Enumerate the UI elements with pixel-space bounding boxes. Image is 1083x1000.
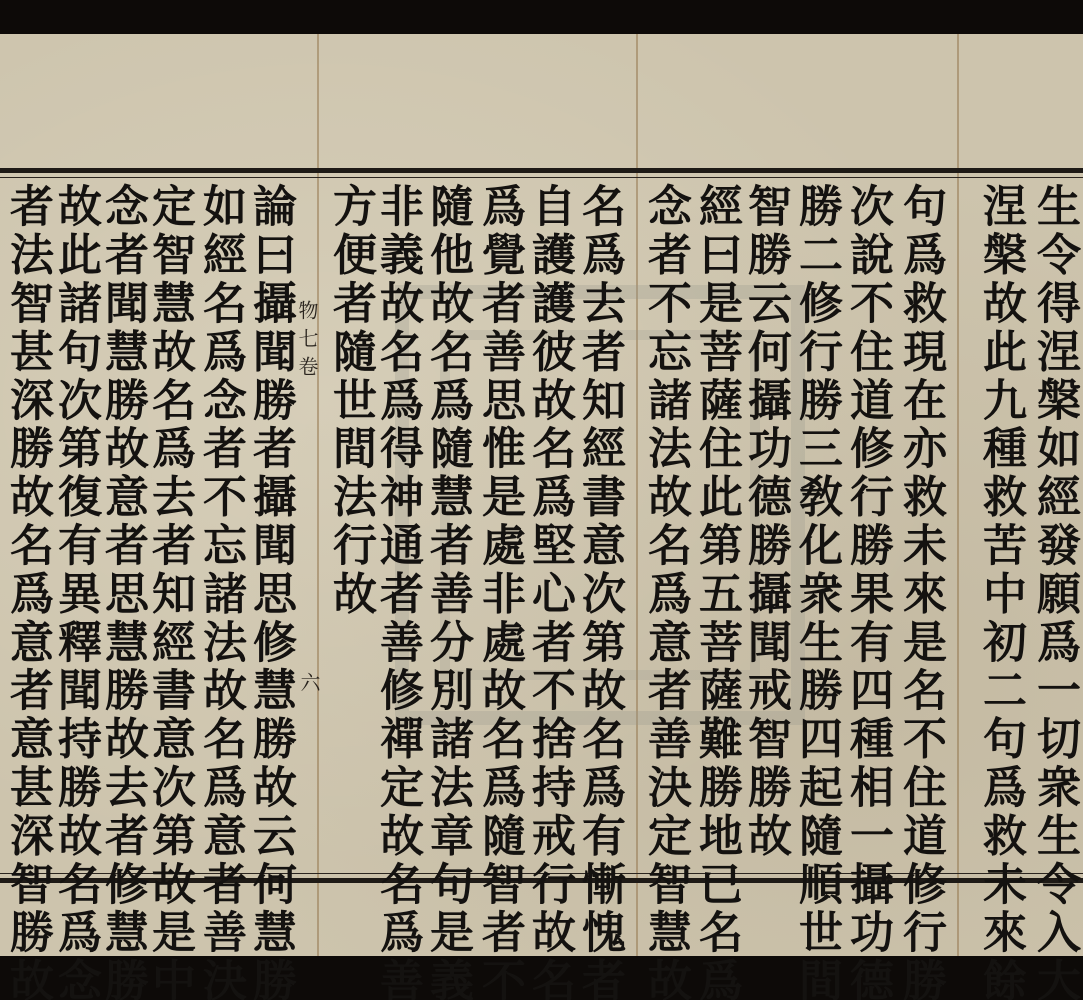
text-column: 如經名爲念者不忘諸法故名爲意者善決: [193, 183, 247, 1000]
text-column: 方便者隨世間法行故: [323, 183, 377, 619]
frame-top-inner-line: [0, 177, 1083, 178]
text-column: 隨他故名爲隨慧者善分別諸法章句是義: [420, 183, 474, 1000]
frame-top-border: [0, 168, 1083, 173]
text-column: 涅槃故此九種救苦中初二句爲救未來餘: [973, 183, 1027, 1000]
text-column: 句爲救現在亦救未來是名不住道修行勝: [893, 183, 947, 1000]
text-column: 故此諸句次第復有異釋聞持勝故名爲念: [48, 183, 102, 1000]
text-column: 經曰是菩薩住此第五菩薩難勝地已名爲: [689, 183, 743, 1000]
text-column: 念者聞慧勝故意者思慧勝故去者修慧勝: [95, 183, 149, 1000]
text-column: 次說不住道修行勝果有四種相一攝功德: [840, 183, 894, 1000]
margin-page-number: 六: [298, 672, 320, 700]
text-column: 非義故名爲得神通者善修禪定故名爲善: [370, 183, 424, 1000]
text-column: 勝二修行勝三敎化衆生勝四起隨順世間: [789, 183, 843, 1000]
text-column: 定智慧故名爲去者知經書意次第故是中: [142, 183, 196, 1000]
text-column: 者法智甚深勝故名爲意者意甚深智勝故: [0, 183, 54, 1000]
text-column: 名爲去者知經書意次第故名爲有慚愧者: [572, 183, 626, 1000]
text-column: 自護護彼故名爲堅心者不捨持戒行故名: [522, 183, 576, 1000]
text-column: 生令得涅槃如經發願爲一切衆生令入大: [1027, 183, 1081, 1000]
text-column: 智勝云何攝功德勝攝聞戒智勝故: [738, 183, 792, 861]
text-column: 念者不忘諸法故名爲意者善決定智慧故: [638, 183, 692, 1000]
text-column: 爲覺者善思惟是處非處故名爲隨智者不: [472, 183, 526, 1000]
margin-title: 物七卷: [296, 300, 318, 384]
text-column: 論曰攝聞勝者攝聞思修慧勝故云何慧勝: [243, 183, 297, 1000]
